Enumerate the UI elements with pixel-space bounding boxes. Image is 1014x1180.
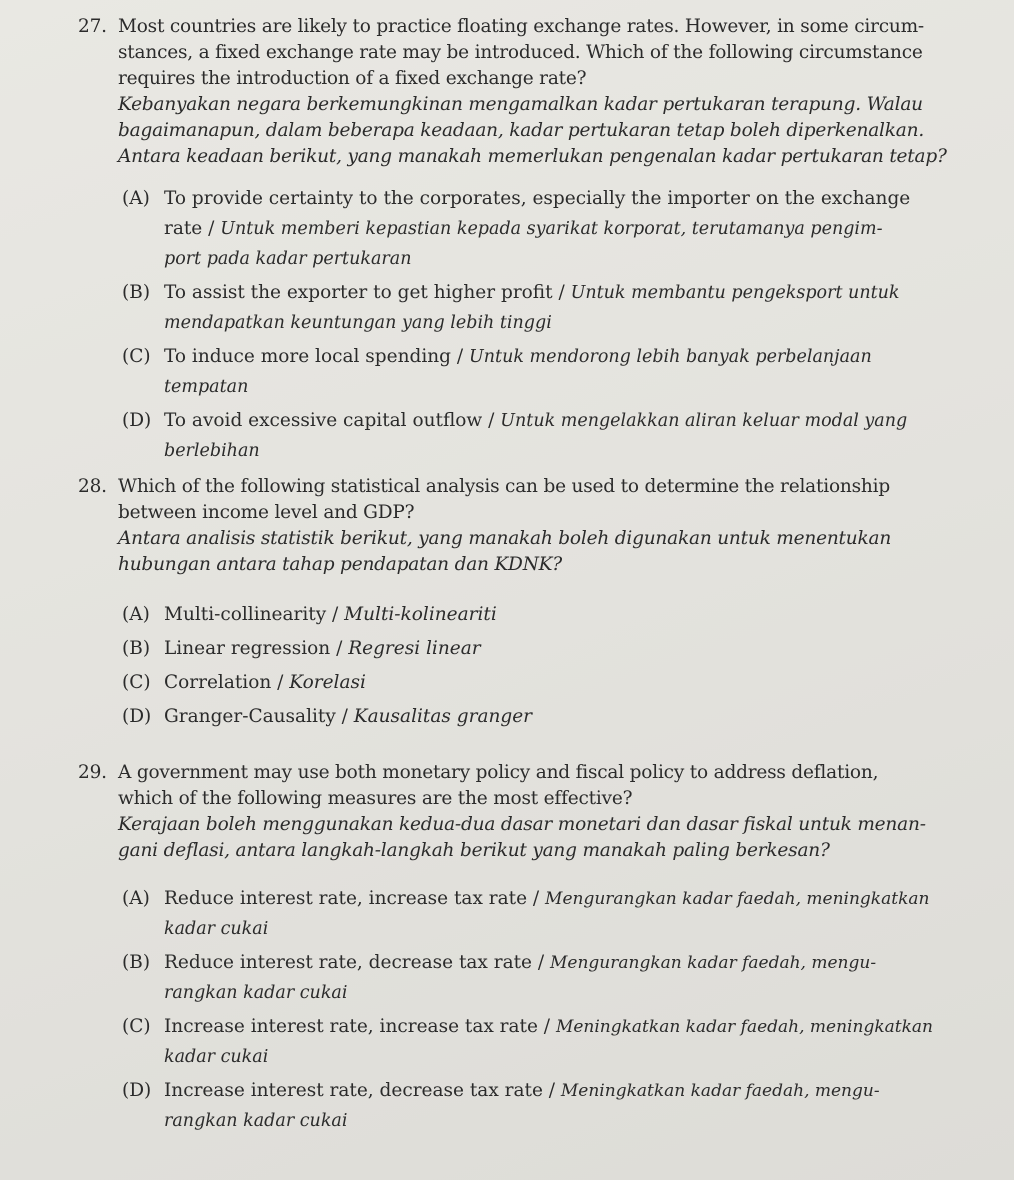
option-text-ms: Korelasi: [289, 672, 366, 693]
question-27: 27.Most countries are likely to practice…: [78, 14, 928, 470]
option-c[interactable]: (C) To induce more local spending / Untu…: [164, 342, 928, 402]
option-text-en: To induce more local spending /: [164, 346, 469, 367]
option-text-ms: Untuk mengelakkan aliran keluar modal ya…: [500, 411, 907, 431]
question-text-ms: bagaimanapun, dalam beberapa keadaan, ka…: [78, 118, 928, 144]
options-list: (A) Reduce interest rate, increase tax r…: [78, 884, 928, 1136]
question-text-en: which of the following measures are the …: [78, 786, 928, 812]
option-text-ms: Mengurangkan kadar faedah, meningkatkan: [545, 889, 929, 909]
option-text-ms: port pada kadar pertukaran: [164, 244, 928, 274]
option-text-ms: Regresi linear: [348, 638, 480, 659]
option-d[interactable]: (D) Increase interest rate, decrease tax…: [164, 1076, 928, 1136]
option-text-en: To assist the exporter to get higher pro…: [164, 282, 571, 303]
option-text-en: Increase interest rate, increase tax rat…: [164, 1016, 556, 1037]
option-b[interactable]: (B) Reduce interest rate, decrease tax r…: [164, 948, 928, 1008]
option-text-ms: rangkan kadar cukai: [164, 978, 928, 1008]
option-text-ms: tempatan: [164, 372, 928, 402]
option-c[interactable]: (C) Correlation / Korelasi: [164, 668, 928, 698]
exam-page: 27.Most countries are likely to practice…: [0, 0, 1014, 1180]
question-text-en: A government may use both monetary polic…: [118, 762, 878, 783]
question-text-en: between income level and GDP?: [78, 500, 928, 526]
options-list: (A) Multi-collinearity / Multi-kolineari…: [78, 600, 928, 732]
option-text-ms: Mengurangkan kadar faedah, mengu-: [550, 953, 876, 973]
option-text-en: Linear regression /: [164, 638, 348, 659]
option-d[interactable]: (D) To avoid excessive capital outflow /…: [164, 406, 928, 466]
option-text-en: Granger-Causality /: [164, 706, 354, 727]
option-text-en: rate /: [164, 218, 220, 239]
option-text-en: Reduce interest rate, decrease tax rate …: [164, 952, 550, 973]
option-text-ms: Multi-kolineariti: [344, 604, 497, 625]
question-text-en: Which of the following statistical analy…: [118, 476, 890, 497]
option-text-ms: kadar cukai: [164, 1042, 928, 1072]
question-text-en: Most countries are likely to practice fl…: [118, 16, 924, 37]
option-label: (B): [122, 278, 150, 308]
option-b[interactable]: (B) Linear regression / Regresi linear: [164, 634, 928, 664]
option-text-en: Correlation /: [164, 672, 289, 693]
question-number: 29.: [78, 760, 118, 786]
option-label: (B): [122, 948, 150, 978]
option-text-en: To avoid excessive capital outflow /: [164, 410, 500, 431]
option-label: (D): [122, 406, 151, 436]
question-text-ms: Kebanyakan negara berkemungkinan mengama…: [78, 92, 928, 118]
question-28: 28.Which of the following statistical an…: [78, 474, 928, 736]
option-text-ms: Meningkatkan kadar faedah, mengu-: [561, 1081, 880, 1101]
option-text-en: Increase interest rate, decrease tax rat…: [164, 1080, 561, 1101]
option-text-ms: kadar cukai: [164, 914, 928, 944]
option-b[interactable]: (B) To assist the exporter to get higher…: [164, 278, 928, 338]
option-label: (A): [122, 600, 150, 630]
option-label: (C): [122, 1012, 151, 1042]
option-a[interactable]: (A) Reduce interest rate, increase tax r…: [164, 884, 928, 944]
options-list: (A) To provide certainty to the corporat…: [78, 184, 928, 466]
question-text-ms: Antara analisis statistik berikut, yang …: [78, 526, 928, 552]
option-d[interactable]: (D) Granger-Causality / Kausalitas grang…: [164, 702, 928, 732]
option-label: (D): [122, 1076, 151, 1106]
question-text-en: requires the introduction of a fixed exc…: [78, 66, 928, 92]
option-label: (B): [122, 634, 150, 664]
option-c[interactable]: (C) Increase interest rate, increase tax…: [164, 1012, 928, 1072]
option-label: (C): [122, 668, 151, 698]
option-label: (A): [122, 184, 150, 214]
option-text-en: Multi-collinearity /: [164, 604, 344, 625]
option-a[interactable]: (A) To provide certainty to the corporat…: [164, 184, 928, 274]
option-label: (A): [122, 884, 150, 914]
question-text-ms: hubungan antara tahap pendapatan dan KDN…: [78, 552, 928, 578]
option-text-ms: Untuk mendorong lebih banyak perbelanjaa…: [469, 347, 872, 367]
option-text-ms: Untuk memberi kepastian kepada syarikat …: [220, 219, 882, 239]
question-text-ms: Kerajaan boleh menggunakan kedua-dua das…: [78, 812, 928, 838]
question-text-ms: gani deflasi, antara langkah-langkah ber…: [78, 838, 928, 864]
option-text-ms: mendapatkan keuntungan yang lebih tinggi: [164, 308, 928, 338]
option-text-en: To provide certainty to the corporates, …: [164, 184, 928, 214]
question-29: 29.A government may use both monetary po…: [78, 760, 928, 1140]
option-text-ms: Kausalitas granger: [354, 706, 532, 727]
question-text-en: stances, a fixed exchange rate may be in…: [78, 40, 928, 66]
option-a[interactable]: (A) Multi-collinearity / Multi-kolineari…: [164, 600, 928, 630]
option-label: (C): [122, 342, 151, 372]
option-text-ms: Meningkatkan kadar faedah, meningkatkan: [556, 1017, 933, 1037]
question-text-ms: Antara keadaan berikut, yang manakah mem…: [78, 144, 928, 170]
option-text-ms: berlebihan: [164, 436, 928, 466]
option-label: (D): [122, 702, 151, 732]
option-text-en: Reduce interest rate, increase tax rate …: [164, 888, 545, 909]
question-number: 27.: [78, 14, 118, 40]
question-number: 28.: [78, 474, 118, 500]
option-text-ms: Untuk membantu pengeksport untuk: [571, 283, 900, 303]
option-text-ms: rangkan kadar cukai: [164, 1106, 928, 1136]
